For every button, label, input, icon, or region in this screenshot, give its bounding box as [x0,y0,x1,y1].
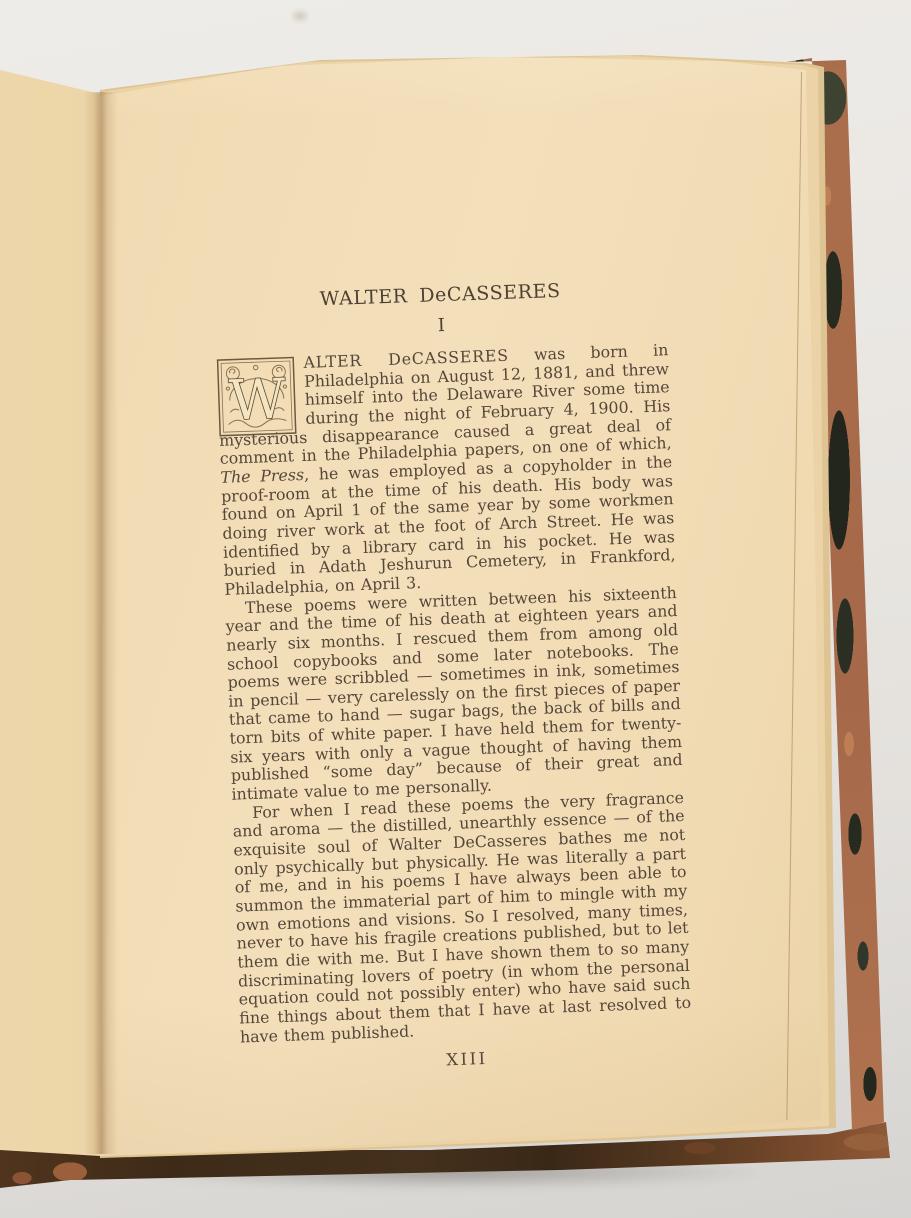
paragraph-1: W ALTER DeCASSERES was born in Philadelp… [216,341,676,599]
body-text: W ALTER DeCASSERES was born in Philadelp… [216,341,692,1047]
printed-text-block: WALTER DeCASSERES I [214,276,693,1077]
paragraph-3: For when I read these poems the very fra… [232,789,692,1047]
dropcap-initial: W [228,367,287,433]
section-numeral: I [215,307,667,345]
dropcap-w-ornament-icon: W [216,356,297,437]
backdrop-smudge [290,8,310,24]
gutter-shadow [84,92,118,1154]
paragraph-2: These poems were written between his six… [225,584,684,805]
